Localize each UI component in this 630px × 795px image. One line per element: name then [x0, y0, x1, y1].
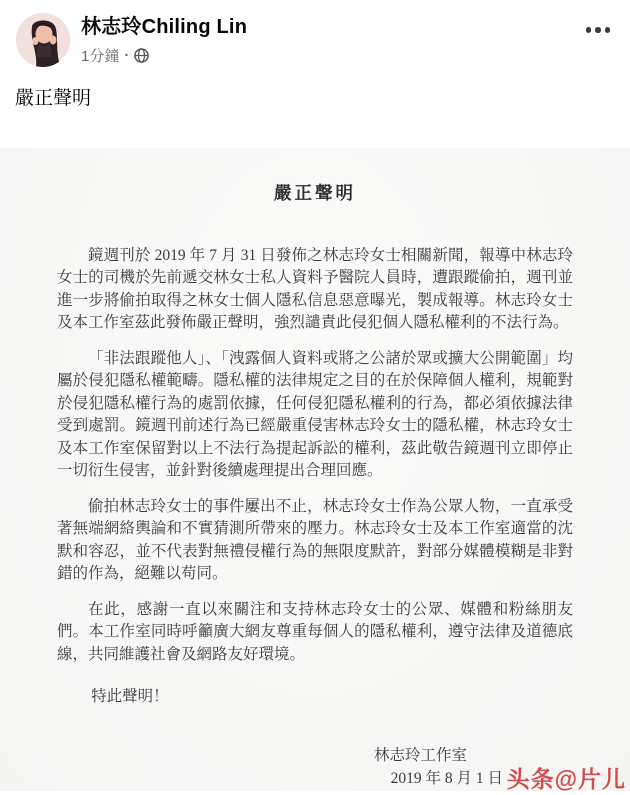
statement-paragraph: 「非法跟蹤他人」、「洩露個人資料或將之公諸於眾或擴大公開範圍」均屬於侵犯隱私權範… [57, 348, 573, 483]
post-caption: 嚴正聲明 [0, 67, 630, 112]
dot-icon [586, 27, 592, 33]
post-meta: 1分鐘 · [81, 45, 580, 66]
dot-icon [595, 27, 601, 33]
author-name[interactable]: 林志玲Chiling Lin [81, 16, 580, 39]
statement-date-cropped: 2019 年 8 月 1 日 [57, 768, 573, 791]
statement-paragraph: 偷拍林志玲女士的事件屢出不止，林志玲女士作為公眾人物，一直承受著無端網絡輿論和不… [57, 496, 573, 586]
statement-closing: 特此聲明！ [57, 686, 573, 709]
statement-paragraph: 鏡週刊於 2019 年 7 月 31 日發佈之林志玲女士相關新聞，報導中林志玲女… [57, 245, 573, 335]
statement-title: 嚴正聲明 [57, 180, 573, 205]
avatar[interactable] [16, 13, 70, 67]
statement-signature: 林志玲工作室 [57, 745, 573, 768]
statement-document-image[interactable]: 嚴正聲明 鏡週刊於 2019 年 7 月 31 日發佈之林志玲女士相關新聞，報導… [0, 148, 630, 791]
avatar-photo [16, 13, 70, 67]
more-options-button[interactable] [580, 17, 617, 43]
post-header: 林志玲Chiling Lin 1分鐘 · [0, 0, 630, 67]
meta-separator: · [124, 47, 129, 64]
post-header-info: 林志玲Chiling Lin 1分鐘 · [81, 13, 580, 66]
dot-icon [605, 27, 611, 33]
statement-paragraph: 在此，感謝一直以來關注和支持林志玲女士的公眾、媒體和粉絲朋友們。本工作室同時呼籲… [57, 599, 573, 667]
timestamp[interactable]: 1分鐘 [81, 45, 119, 66]
globe-privacy-icon [134, 48, 149, 63]
